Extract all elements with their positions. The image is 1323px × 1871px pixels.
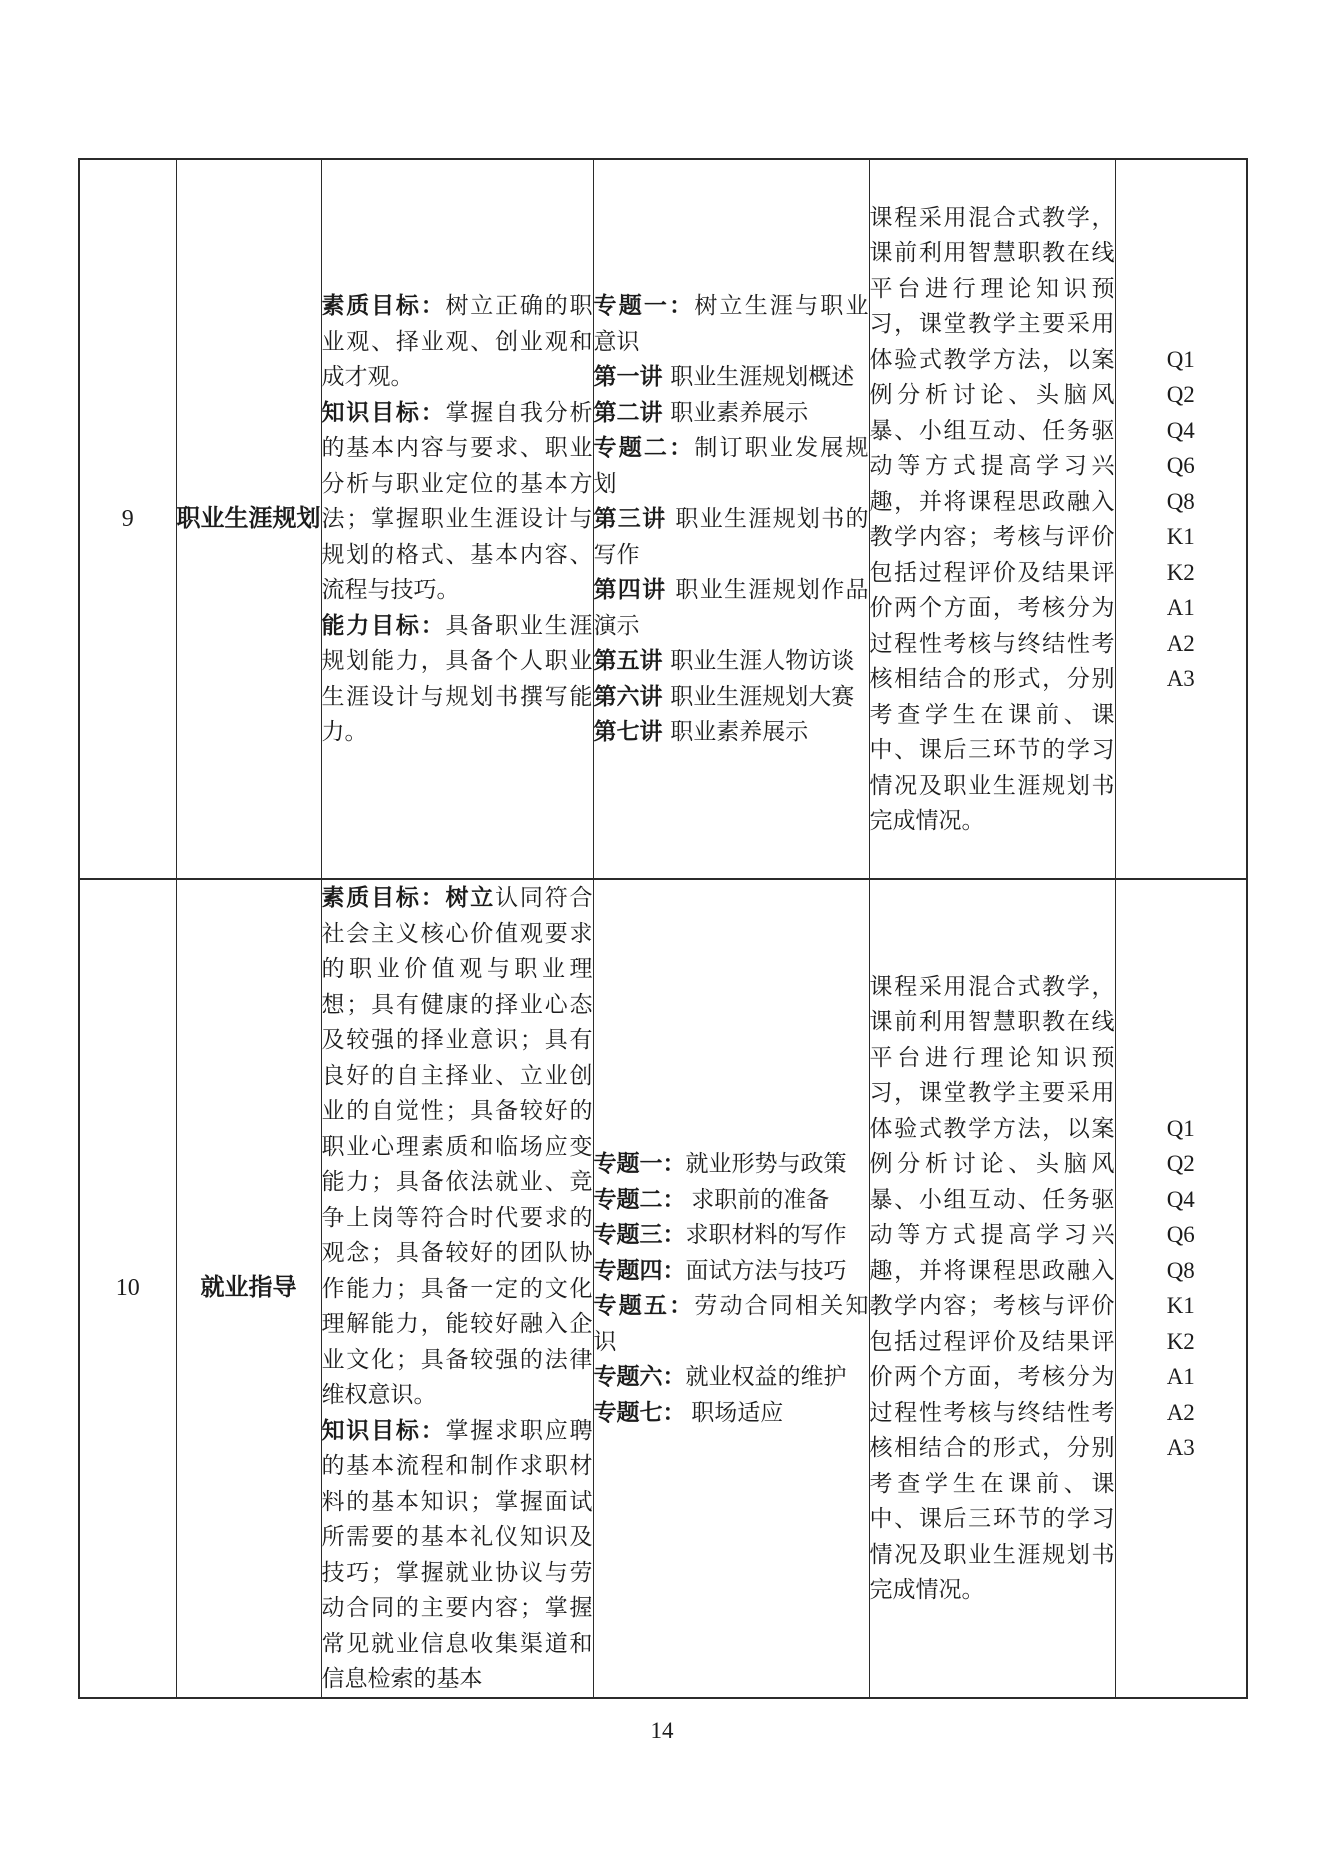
code-item: A1 <box>1116 590 1247 626</box>
topic-item: 第一讲 职业生涯规划概述 <box>594 359 869 395</box>
goal-label: 能力目标： <box>322 613 446 638</box>
topic-label: 第七讲 <box>594 719 663 744</box>
topic-item: 专题四：面试方法与技巧 <box>594 1253 869 1289</box>
topic-item: 第五讲 职业生涯人物访谈 <box>594 643 869 679</box>
course-name-cell: 就业指导 <box>176 879 321 1698</box>
topic-item: 专题一：树立生涯与职业意识 <box>594 288 869 359</box>
topic-label: 第六讲 <box>594 684 663 709</box>
code-item: K2 <box>1116 555 1247 591</box>
code-item: Q8 <box>1116 1253 1247 1289</box>
topic-label: 专题四： <box>594 1258 686 1283</box>
topic-label: 第五讲 <box>594 648 663 673</box>
code-item: K1 <box>1116 1288 1247 1324</box>
topic-item: 专题二： 求职前的准备 <box>594 1182 869 1218</box>
code-item: Q1 <box>1116 342 1247 378</box>
course-name-cell: 职业生涯规划 <box>176 159 321 879</box>
topic-label: 专题三： <box>594 1222 686 1247</box>
code-item: K1 <box>1116 519 1247 555</box>
code-item: Q1 <box>1116 1111 1247 1147</box>
row-number: 9 <box>122 506 134 532</box>
code-item: Q4 <box>1116 1182 1247 1218</box>
code-item: A3 <box>1116 1430 1247 1466</box>
topic-item: 专题六：就业权益的维护 <box>594 1359 869 1395</box>
topic-text: 职场适应 <box>686 1400 784 1425</box>
teaching-method-text: 课程采用混合式教学，课前利用智慧职教在线平台进行理论知识预习，课堂教学主要采用体… <box>870 200 1115 839</box>
topic-item: 第四讲 职业生涯规划作品演示 <box>594 572 869 643</box>
code-item: A2 <box>1116 626 1247 662</box>
topic-text: 职业素养展示 <box>665 400 809 425</box>
course-name: 就业指导 <box>201 1275 297 1301</box>
topic-text: 职业生涯规划大赛 <box>665 684 855 709</box>
topic-text: 求职前的准备 <box>686 1187 830 1212</box>
topics-cell: 专题一：就业形势与政策 专题二： 求职前的准备 专题三：求职材料的写作 专题四：… <box>593 879 869 1698</box>
topic-item: 专题一：就业形势与政策 <box>594 1146 869 1182</box>
goal-item: 知识目标：掌握求职应聘的基本流程和制作求职材料的基本知识；掌握面试所需要的基本礼… <box>322 1413 593 1697</box>
topic-item: 第三讲 职业生涯规划书的写作 <box>594 501 869 572</box>
code-item: Q6 <box>1116 448 1247 484</box>
topic-label: 专题六： <box>594 1364 686 1389</box>
code-item: Q2 <box>1116 377 1247 413</box>
teaching-method-cell: 课程采用混合式教学，课前利用智慧职教在线平台进行理论知识预习，课堂教学主要采用体… <box>869 879 1115 1698</box>
codes-cell: Q1 Q2 Q4 Q6 Q8 K1 K2 A1 A2 A3 <box>1115 159 1247 879</box>
goal-label: 知识目标： <box>322 1418 446 1443</box>
goals-cell: 素质目标：树立认同符合社会主义核心价值观要求的职业价值观与职业理想；具有健康的择… <box>321 879 593 1698</box>
goal-item: 能力目标：具备职业生涯规划能力，具备个人职业生涯设计与规划书撰写能力。 <box>322 608 593 750</box>
code-item: Q4 <box>1116 413 1247 449</box>
goal-item: 知识目标：掌握自我分析的基本内容与要求、职业分析与职业定位的基本方法；掌握职业生… <box>322 395 593 608</box>
goal-text: 掌握求职应聘的基本流程和制作求职材料的基本知识；掌握面试所需要的基本礼仪知识及技… <box>322 1418 593 1692</box>
topic-label: 专题一： <box>594 1151 686 1176</box>
row-number-cell: 10 <box>79 879 176 1698</box>
row-number-cell: 9 <box>79 159 176 879</box>
goal-label: 素质目标：树立 <box>322 885 496 910</box>
goals-cell: 素质目标：树立正确的职业观、择业观、创业观和成才观。 知识目标：掌握自我分析的基… <box>321 159 593 879</box>
topic-item: 专题三：求职材料的写作 <box>594 1217 869 1253</box>
goal-label: 知识目标： <box>322 400 446 425</box>
topic-item: 第二讲 职业素养展示 <box>594 395 869 431</box>
code-item: A2 <box>1116 1395 1247 1431</box>
teaching-method-cell: 课程采用混合式教学，课前利用智慧职教在线平台进行理论知识预习，课堂教学主要采用体… <box>869 159 1115 879</box>
goal-item: 素质目标：树立认同符合社会主义核心价值观要求的职业价值观与职业理想；具有健康的择… <box>322 880 593 1413</box>
topics-cell: 专题一：树立生涯与职业意识 第一讲 职业生涯规划概述 第二讲 职业素养展示 专题… <box>593 159 869 879</box>
topic-text: 求职材料的写作 <box>686 1222 847 1247</box>
table-row: 10 就业指导 素质目标：树立认同符合社会主义核心价值观要求的职业价值观与职业理… <box>79 879 1247 1698</box>
topic-item: 专题五：劳动合同相关知识 <box>594 1288 869 1359</box>
goal-text: 认同符合社会主义核心价值观要求的职业价值观与职业理想；具有健康的择业心态及较强的… <box>322 885 593 1407</box>
topic-text: 面试方法与技巧 <box>686 1258 847 1283</box>
code-item: A1 <box>1116 1359 1247 1395</box>
topic-label: 专题七： <box>594 1400 686 1425</box>
code-item: Q8 <box>1116 484 1247 520</box>
code-item: A3 <box>1116 661 1247 697</box>
table-row: 9 职业生涯规划 素质目标：树立正确的职业观、择业观、创业观和成才观。 知识目标… <box>79 159 1247 879</box>
topic-label: 专题二： <box>594 435 695 460</box>
topic-text: 职业生涯人物访谈 <box>665 648 855 673</box>
topic-item: 第七讲 职业素养展示 <box>594 714 869 750</box>
topic-label: 专题一： <box>594 293 695 318</box>
topic-text: 职业素养展示 <box>665 719 809 744</box>
topic-text: 职业生涯规划概述 <box>665 364 855 389</box>
page-number: 14 <box>78 1718 1246 1744</box>
topic-text: 就业形势与政策 <box>686 1151 847 1176</box>
code-item: Q6 <box>1116 1217 1247 1253</box>
code-item: Q2 <box>1116 1146 1247 1182</box>
teaching-method-text: 课程采用混合式教学，课前利用智慧职教在线平台进行理论知识预习，课堂教学主要采用体… <box>870 969 1115 1608</box>
topic-label: 第二讲 <box>594 400 663 425</box>
topic-item: 专题二：制订职业发展规划 <box>594 430 869 501</box>
topic-label: 第一讲 <box>594 364 663 389</box>
goal-item: 素质目标：树立正确的职业观、择业观、创业观和成才观。 <box>322 288 593 395</box>
topic-label: 专题五： <box>594 1293 695 1318</box>
topic-label: 第三讲 <box>594 506 667 531</box>
goal-label: 素质目标： <box>322 293 446 318</box>
topic-label: 专题二： <box>594 1187 686 1212</box>
code-item: K2 <box>1116 1324 1247 1360</box>
topic-label: 第四讲 <box>594 577 667 602</box>
topic-text: 就业权益的维护 <box>686 1364 847 1389</box>
row-number: 10 <box>116 1275 140 1301</box>
topic-item: 专题七： 职场适应 <box>594 1395 869 1431</box>
codes-cell: Q1 Q2 Q4 Q6 Q8 K1 K2 A1 A2 A3 <box>1115 879 1247 1698</box>
course-name: 职业生涯规划 <box>177 506 321 532</box>
goal-text: 掌握自我分析的基本内容与要求、职业分析与职业定位的基本方法；掌握职业生涯设计与规… <box>322 400 593 603</box>
topic-item: 第六讲 职业生涯规划大赛 <box>594 679 869 715</box>
curriculum-table: 9 职业生涯规划 素质目标：树立正确的职业观、择业观、创业观和成才观。 知识目标… <box>78 158 1248 1699</box>
